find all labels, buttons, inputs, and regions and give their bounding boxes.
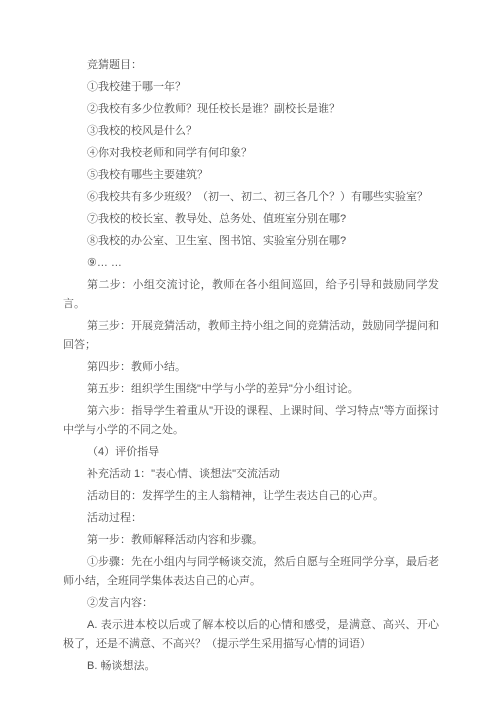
activity-step-6: 第六步：指导学生着重从"开设的课程、上课时间、学习特点"等方面探讨中学与小学的不… [63,402,439,440]
quiz-question-8: ⑧我校的办公室、卫生室、图书馆、实验室分别在哪? [63,232,439,251]
document-page: 竞猜题目： ①我校建于哪一年？ ②我校有多少位教师？现任校长是谁？副校长是谁？ … [0,0,500,707]
activity-step-3: 第三步：开展竞猜活动，教师主持小组之间的竞猜活动，鼓励同学提问和回答； [63,317,439,355]
quiz-question-4: ④你对我校老师和同学有何印象？ [63,144,439,163]
section-evaluation-guidance: （4）评价指导 [63,443,439,462]
quiz-title: 竞猜题目： [63,56,439,75]
content-item-b: B. 畅谈想法。 [63,657,439,676]
quiz-question-9-ellipsis: ⑨… … [63,254,439,273]
activity-step-4: 第四步：教师小结。 [63,358,439,377]
activity-step-5: 第五步：组织学生围绕"中学与小学的差异"分小组讨论。 [63,380,439,399]
activity-step-2: 第二步：小组交流讨论，教师在各小组间巡回，给予引导和鼓励同学发言。 [63,276,439,314]
quiz-question-7: ⑦我校的校长室、教导处、总务处、值班室分别在哪? [63,210,439,229]
activity-purpose: 活动目的：发挥学生的主人翁精神，让学生表达自己的心声。 [63,487,439,506]
quiz-question-2: ②我校有多少位教师？现任校长是谁？副校长是谁？ [63,100,439,119]
activity-process-label: 活动过程： [63,509,439,528]
supplementary-activity-title: 补充活动 1："表心情、谈想法"交流活动 [63,465,439,484]
document-text-block: 竞猜题目： ①我校建于哪一年？ ②我校有多少位教师？现任校长是谁？副校长是谁？ … [63,56,439,679]
speaking-steps: ①步骤：先在小组内与同学畅谈交流，然后自愿与全班同学分享，最后老师小结，全班同学… [63,553,439,591]
quiz-question-5: ⑤我校有哪些主要建筑？ [63,166,439,185]
speaking-content-label: ②发言内容： [63,594,439,613]
quiz-question-3: ③我校的校风是什么？ [63,122,439,141]
activity-step-1: 第一步：教师解释活动内容和步骤。 [63,531,439,550]
quiz-question-1: ①我校建于哪一年？ [63,78,439,97]
quiz-question-6: ⑥我校共有多少班级？（初一、初二、初三各几个？）有哪些实验室？ [63,188,439,207]
content-item-a: A. 表示进本校以后或了解本校以后的心情和感受，是满意、高兴、开心极了，还是不满… [63,616,439,654]
